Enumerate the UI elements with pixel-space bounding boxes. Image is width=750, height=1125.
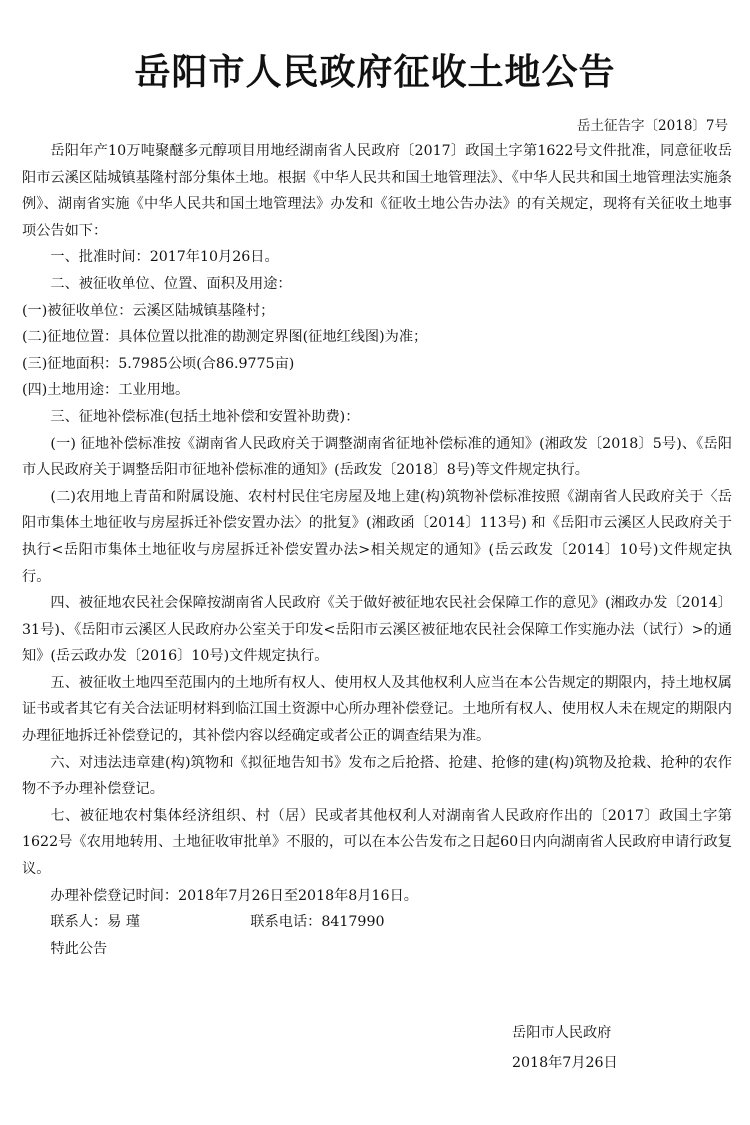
section-compensation-heading: 三、征地补偿标准(包括土地补偿和安置补助费)： bbox=[22, 404, 732, 431]
section-location: (二)征地位置：具体位置以批准的勘测定界图(征地红线图)为准； bbox=[22, 324, 732, 351]
section-compensation-1: (一) 征地补偿标准按《湖南省人民政府关于调整湖南省征地补偿标准的通知》(湘政发… bbox=[22, 431, 732, 484]
section-illegal-buildings: 六、对违法违章建(构)筑物和《拟征地告知书》发布之后抢搭、抢建、抢修的建(构)筑… bbox=[22, 750, 732, 803]
intro-paragraph: 岳阳年产10万吨聚醚多元醇项目用地经湖南省人民政府〔2017〕政国土字第1622… bbox=[22, 138, 732, 244]
section-appeal: 七、被征地农村集体经济组织、村（居）民或者其他权利人对湖南省人民政府作出的〔20… bbox=[22, 803, 732, 883]
section-land-info-heading: 二、被征收单位、位置、面积及用途： bbox=[22, 271, 732, 298]
section-land-use: (四)土地用途：工业用地。 bbox=[22, 377, 732, 404]
section-expropriated-unit: (一)被征收单位：云溪区陆城镇基隆村； bbox=[22, 298, 732, 325]
contact-person: 联系人：易 瑾 bbox=[50, 909, 160, 936]
registration-time: 办理补偿登记时间：2018年7月26日至2018年8月16日。 bbox=[22, 883, 732, 910]
section-compensation-2: (二)农用地上青苗和附属设施、农村村民住宅房屋及地上建(构)筑物补偿标准按照《湖… bbox=[22, 484, 732, 590]
signature-org: 岳阳市人民政府 bbox=[512, 1018, 618, 1048]
signature-block: 岳阳市人民政府 2018年7月26日 bbox=[512, 1018, 618, 1078]
section-registration: 五、被征收土地四至范围内的土地所有权人、使用权人及其他权利人应当在本公告规定的期… bbox=[22, 670, 732, 750]
signature-date: 2018年7月26日 bbox=[512, 1048, 618, 1078]
section-area: (三)征地面积：5.7985公顷(合86.9775亩) bbox=[22, 351, 732, 378]
contact-phone: 联系电话：8417990 bbox=[250, 914, 384, 930]
document-body: 岳阳年产10万吨聚醚多元醇项目用地经湖南省人民政府〔2017〕政国土字第1622… bbox=[22, 138, 732, 962]
section-approval-time: 一、批准时间：2017年10月26日。 bbox=[22, 244, 732, 271]
closing-text: 特此公告 bbox=[22, 936, 732, 963]
contact-line: 联系人：易 瑾联系电话：8417990 bbox=[22, 909, 732, 936]
document-title: 岳阳市人民政府征收土地公告 bbox=[0, 44, 750, 95]
document-number: 岳土征告字〔2018〕7号 bbox=[577, 114, 728, 134]
section-social-security: 四、被征地农民社会保障按湖南省人民政府《关于做好被征地农民社会保障工作的意见》(… bbox=[22, 590, 732, 670]
